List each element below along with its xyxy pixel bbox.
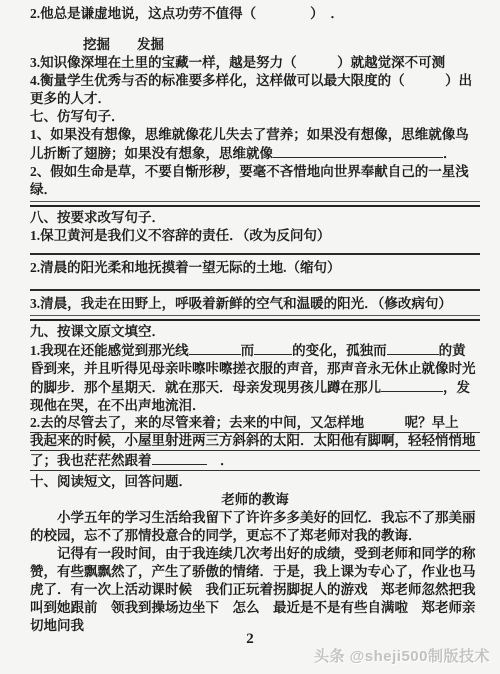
passage-text: 而 bbox=[241, 343, 255, 358]
sentence-text: ． bbox=[443, 146, 457, 161]
section7-heading: 七、仿写句子． bbox=[30, 108, 480, 126]
essay-paragraph2-line2: 赞，有些飘飘然了，产生了骄傲的情绪．于是，我上课为专心了，作业也马 bbox=[30, 563, 480, 581]
fill-in-blank bbox=[381, 378, 443, 392]
section7-item2-line1: 2、假如生命是草，不要自惭形秽，要毫不吝惜地向世界奉献自己的一星浅 bbox=[30, 163, 480, 181]
section9-item1-line4: 现他在哭，在不出声地流泪． bbox=[30, 397, 480, 415]
watermark: 头条 @sheji500制版技术 bbox=[314, 645, 490, 666]
passage-text: 的黄 bbox=[439, 343, 466, 358]
fill-in-blank bbox=[254, 341, 292, 355]
word-bank: 挖掘 发掘 bbox=[83, 36, 480, 54]
essay-paragraph2-line3: 虎了．有一次上活动课时候 我们正玩着拐脚捉人的游戏 郑老师忽然把我 bbox=[30, 581, 480, 599]
section-divider-line bbox=[30, 315, 480, 321]
section7-item2-line2: 绿． bbox=[30, 181, 480, 199]
question-line-item4-cont: 更多的人才． bbox=[30, 90, 480, 108]
section9-item1-line2: 昏到来，并且听得见母亲咔嚓咔嚓搓衣服的声音，那声音永无休止就像时光 bbox=[30, 360, 480, 378]
passage-text: 了；我也茫茫然跟着 bbox=[30, 453, 152, 468]
passage-text: 的变化，孤独而 bbox=[292, 343, 387, 358]
essay-paragraph2-line4: 叫到她跟前 领我到操场边坐下 怎么 最近是不是有些自满啦 郑老师亲 bbox=[30, 599, 480, 617]
section9-item1-line3: 的脚步．那个星期天．就在那天．母亲发现男孩儿蹲在那儿，发 bbox=[30, 378, 480, 397]
passage-text: ，发 bbox=[443, 380, 470, 395]
essay-paragraph2-line1: 记得有一段时间，由于我连续几次考出好的成绩，受到老师和同学的称 bbox=[30, 545, 480, 563]
fill-in-blank bbox=[273, 144, 443, 158]
essay-paragraph1-line1: 小学五年的学习生活给我留下了许许多多美好的回忆．我忘不了那美丽 bbox=[30, 509, 480, 527]
section7-item1-line2: 儿折断了翅膀；如果没有想象，思维就像． bbox=[30, 144, 480, 163]
essay-title: 老师的教诲 bbox=[30, 491, 480, 509]
fill-in-blank bbox=[189, 341, 241, 355]
section9-heading: 九、按课文原文填空． bbox=[30, 323, 480, 341]
essay-paragraph1-line2: 的校园，忘不了那情投意合的同学，更忘不了郑老师对我的教诲． bbox=[30, 527, 480, 545]
section9-item2-line3: 了；我也茫茫然跟着 ． bbox=[30, 451, 480, 471]
section8-item3: 3.清晨，我走在田野上，呼吸着新鲜的空气和温暖的阳光．（修改病句） bbox=[30, 295, 480, 313]
worksheet-page: 2.他总是谦虚地说，这点功劳不值得（ ） ． 挖掘 发掘 3.知识像深埋在土里的… bbox=[0, 0, 500, 674]
question-line-item3: 3.知识像深埋在土里的宝藏一样，越是努力（ ）就越觉深不可测 bbox=[30, 54, 480, 72]
passage-text: ． bbox=[207, 453, 234, 468]
section-divider-line bbox=[30, 201, 480, 207]
section10-heading: 十、阅读短文，回答问题． bbox=[30, 473, 480, 491]
section8-item2: 2.清晨的阳光柔和地抚摸着一望无际的土地.（缩句） bbox=[30, 259, 480, 277]
sentence-text: 儿折断了翅膀；如果没有想象，思维就像 bbox=[30, 146, 273, 161]
answer-line bbox=[30, 289, 480, 291]
section8-item1: 1.保卫黄河是我们义不容辞的责任．（改为反问句） bbox=[30, 227, 480, 245]
fill-in-blank bbox=[387, 341, 439, 355]
question-line-item2: 2.他总是谦虚地说，这点功劳不值得（ ） ． bbox=[30, 5, 480, 23]
question-line-item4: 4.衡量学生优秀与否的标准要多样化，这样做可以最大限度的（ ）出 bbox=[30, 72, 480, 90]
section9-item2-line2: 我起来的时候，小屋里射进两三方斜斜的太阳．太阳他有脚啊，轻轻悄悄地 bbox=[30, 433, 480, 451]
worksheet-content: 2.他总是谦虚地说，这点功劳不值得（ ） ． 挖掘 发掘 3.知识像深埋在土里的… bbox=[0, 0, 500, 635]
passage-text: 1.我现在还能感觉到那光线 bbox=[30, 343, 189, 358]
section8-heading: 八、按要求改写句子． bbox=[30, 209, 480, 227]
section9-item2-line1: 2.去的尽管去了，来的尽管来着；去来的中间，又怎样地 呢？早上 bbox=[30, 415, 480, 433]
section7-item1-line1: 1、如果没有想像，思维就像花儿失去了营养；如果没有想像，思维就像鸟 bbox=[30, 126, 480, 144]
answer-line bbox=[30, 253, 480, 255]
passage-text: 的脚步．那个星期天．就在那天．母亲发现男孩儿蹲在那儿 bbox=[30, 380, 381, 395]
section9-item1-line1: 1.我现在还能感觉到那光线而的变化，孤独而的黄 bbox=[30, 341, 480, 360]
fill-in-blank bbox=[152, 451, 207, 465]
